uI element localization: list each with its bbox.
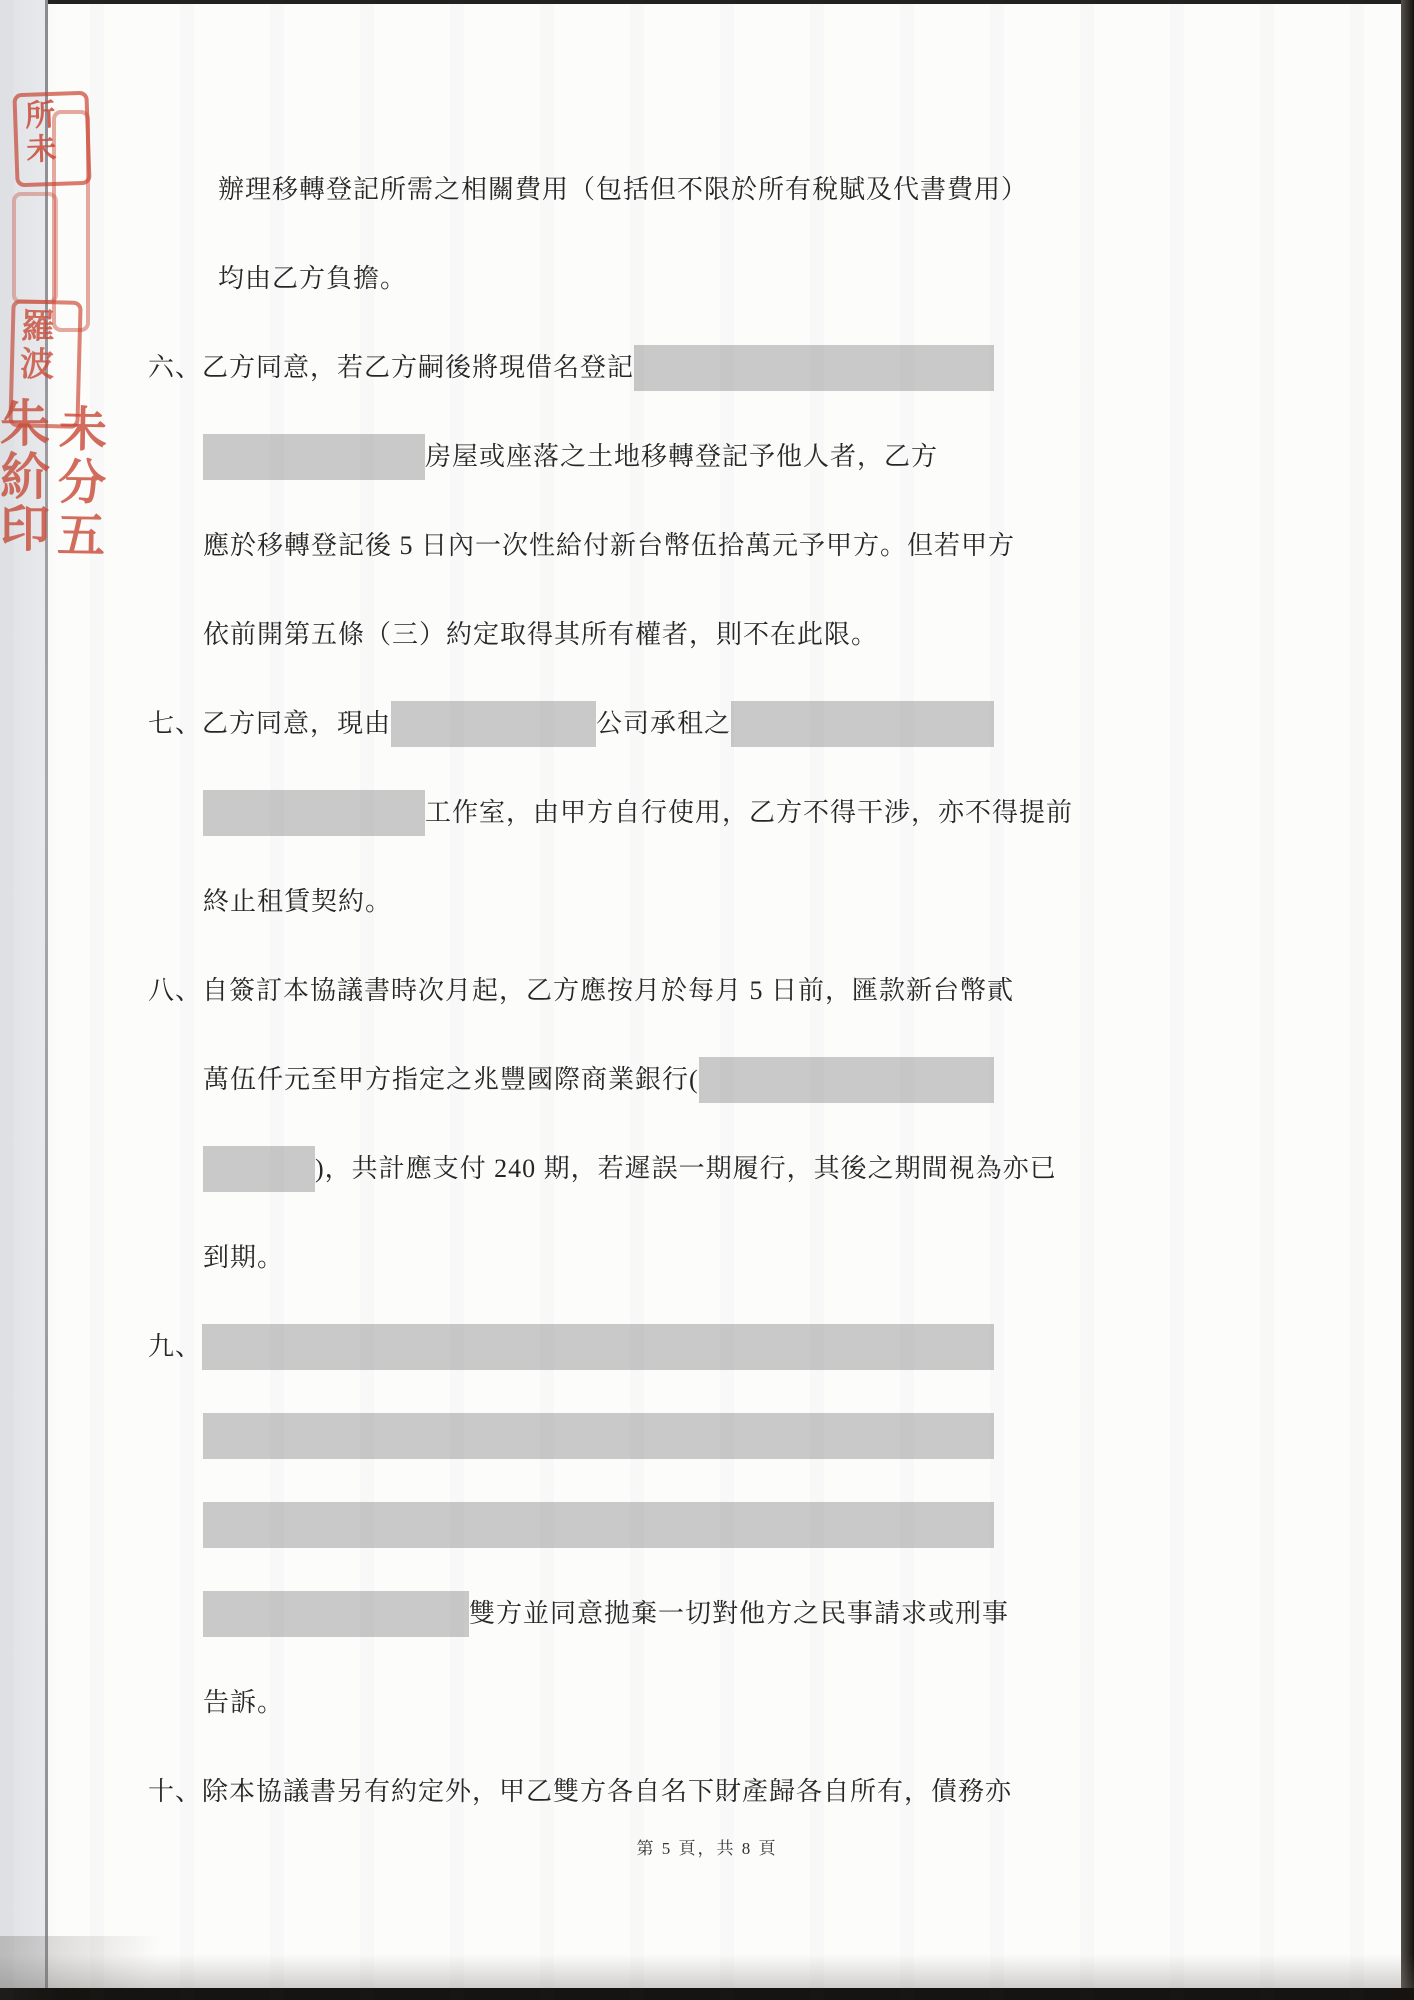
document-line: )，共計應支付 240 期，若遲誤一期履行，其後之期間視為亦已 bbox=[148, 1124, 1008, 1213]
redaction-box bbox=[203, 790, 425, 836]
document-line: 工作室，由甲方自行使用，乙方不得干涉，亦不得提前 bbox=[148, 768, 1008, 857]
document-line: 九、 bbox=[148, 1302, 1008, 1391]
document-line: 應於移轉登記後 5 日內一次性給付新台幣伍拾萬元予甲方。但若甲方 bbox=[148, 501, 1008, 590]
redaction-box bbox=[203, 1591, 469, 1637]
line-text: 公司承租之 bbox=[596, 711, 731, 737]
seal-stamp-icon: 未分五 bbox=[57, 404, 110, 563]
line-text: 告訴。 bbox=[203, 1690, 284, 1716]
line-text: )，共計應支付 240 期，若遲誤一期履行，其後之期間視為亦已 bbox=[315, 1156, 1057, 1182]
line-text: 雙方並同意拋棄一切對他方之民事請求或刑事 bbox=[469, 1601, 1009, 1627]
line-text: 辦理移轉登記所需之相關費用（包括但不限於所有稅賦及代書費用） bbox=[218, 177, 1028, 203]
contract-body: 辦理移轉登記所需之相關費用（包括但不限於所有稅賦及代書費用）均由乙方負擔。六、乙… bbox=[148, 145, 1008, 1836]
document-line: 終止租賃契約。 bbox=[148, 857, 1008, 946]
line-text: 工作室，由甲方自行使用，乙方不得干涉，亦不得提前 bbox=[425, 800, 1073, 826]
line-text: 七、乙方同意，現由 bbox=[148, 711, 391, 737]
document-line: 依前開第五條（三）約定取得其所有權者，則不在此限。 bbox=[148, 590, 1008, 679]
binding-fold-line bbox=[45, 0, 48, 2000]
line-text: 八、自簽訂本協議書時次月起，乙方應按月於每月 5 日前，匯款新台幣貳 bbox=[148, 978, 1014, 1004]
line-text: 九、 bbox=[148, 1334, 202, 1360]
document-line: 房屋或座落之土地移轉登記予他人者，乙方 bbox=[148, 412, 1008, 501]
redaction-box bbox=[699, 1057, 994, 1103]
document-line: 十、除本協議書另有約定外，甲乙雙方各自名下財產歸各自所有，債務亦 bbox=[148, 1747, 1008, 1836]
document-line: 辦理移轉登記所需之相關費用（包括但不限於所有稅賦及代書費用） bbox=[148, 145, 1008, 234]
document-line bbox=[148, 1391, 1008, 1480]
scan-left-margin bbox=[0, 0, 45, 2000]
redaction-box bbox=[391, 701, 596, 747]
document-line: 六、乙方同意，若乙方嗣後將現借名登記 bbox=[148, 323, 1008, 412]
line-text: 應於移轉登記後 5 日內一次性給付新台幣伍拾萬元予甲方。但若甲方 bbox=[203, 533, 1015, 559]
document-line bbox=[148, 1480, 1008, 1569]
scanned-contract-page: 所未羅波朱紒印未分五 辦理移轉登記所需之相關費用（包括但不限於所有稅賦及代書費用… bbox=[0, 0, 1414, 2000]
line-text: 房屋或座落之土地移轉登記予他人者，乙方 bbox=[425, 444, 938, 470]
scan-edge-right bbox=[1401, 0, 1414, 2000]
line-text: 終止租賃契約。 bbox=[203, 889, 392, 915]
redaction-box bbox=[731, 701, 994, 747]
document-line: 雙方並同意拋棄一切對他方之民事請求或刑事 bbox=[148, 1569, 1008, 1658]
scan-edge-top bbox=[48, 0, 1414, 4]
redaction-box bbox=[634, 345, 994, 391]
line-text: 依前開第五條（三）約定取得其所有權者，則不在此限。 bbox=[203, 622, 878, 648]
document-line: 八、自簽訂本協議書時次月起，乙方應按月於每月 5 日前，匯款新台幣貳 bbox=[148, 946, 1008, 1035]
line-text: 均由乙方負擔。 bbox=[218, 266, 407, 292]
scan-corner-shadow bbox=[0, 1936, 220, 1988]
redaction-box bbox=[202, 1324, 994, 1370]
scan-edge-bottom bbox=[0, 1988, 1414, 2000]
seal-stamp-icon bbox=[52, 110, 90, 332]
redaction-box bbox=[203, 1146, 315, 1192]
line-text: 十、除本協議書另有約定外，甲乙雙方各自名下財產歸各自所有，債務亦 bbox=[148, 1779, 1012, 1805]
line-text: 到期。 bbox=[203, 1245, 284, 1271]
document-line: 告訴。 bbox=[148, 1658, 1008, 1747]
document-line: 萬伍仟元至甲方指定之兆豐國際商業銀行( bbox=[148, 1035, 1008, 1124]
line-text: 萬伍仟元至甲方指定之兆豐國際商業銀行( bbox=[203, 1067, 699, 1093]
page-number: 第 5 頁，共 8 頁 bbox=[0, 1834, 1414, 1859]
document-line: 到期。 bbox=[148, 1213, 1008, 1302]
redaction-box bbox=[203, 1502, 994, 1548]
line-text: 六、乙方同意，若乙方嗣後將現借名登記 bbox=[148, 355, 634, 381]
document-line: 均由乙方負擔。 bbox=[148, 234, 1008, 323]
redaction-box bbox=[203, 1413, 994, 1459]
document-line: 七、乙方同意，現由公司承租之 bbox=[148, 679, 1008, 768]
redaction-box bbox=[203, 434, 425, 480]
